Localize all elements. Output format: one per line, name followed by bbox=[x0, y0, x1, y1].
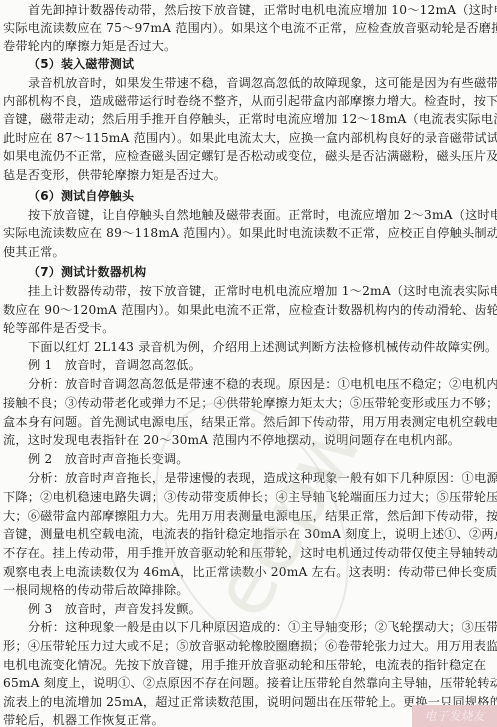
text-line: 分析：放音时声音拖长，是带速慢的表现，造成这种现象一般有如下几种原因：①电源电压 bbox=[28, 471, 494, 486]
text-line: 一根同规格的传动带后故障排除。 bbox=[3, 583, 494, 598]
text-line: 卷带轮内的摩擦力矩是否过大。 bbox=[3, 39, 494, 54]
text-line: 下面以红灯 2L143 录音机为例，介绍用上述测试判断方法检修机械传动件故障实例… bbox=[28, 340, 494, 355]
text-line: 65mA 刻度上，说明①、②点原因不存在问题。接着让压带轮自然靠向主导轴，压带轮… bbox=[3, 676, 494, 691]
text-line: 录音机放音时，如果发生带速不稳，音调忽高忽低的故障现象，这可能是因为有些磁带盒 bbox=[28, 76, 494, 91]
text-line: 如果电流仍不正常，应检查磁头固定螺钉是否松动或变位，磁头是否沾满磁粉，磁头压片及… bbox=[3, 149, 494, 164]
text-line: 分析：放音时音调忽高忽低是带速不稳的表现。原因是：①电机电压不稳定；②电机内部 bbox=[28, 377, 494, 392]
text-line: 挂上计数器传动带，按下放音键，正常时电机电流应增加 1～2mA（这时电流表实际电… bbox=[28, 284, 494, 299]
text-line: 音键，磁带走动；然后用手推开自停触头，正常时电流应增加 12～18mA（电流表实… bbox=[3, 112, 494, 127]
text-line: 实际电流读数应在 75～97mA 范围内）。如果这个电流不正常，应检查放音驱动轮… bbox=[3, 21, 494, 36]
text-line: 实际电流读数应在 89～118mA 范围内）。如果此时电流读数不正常，应校正自停… bbox=[3, 226, 494, 241]
text-line: 下降；②电机稳速电路失调；③传动带变质伸长；④主导轴飞轮端面压力过大；⑤压带轮压… bbox=[3, 490, 494, 505]
text-line: 此时应在 87～115mA 范围内）。如果此电流太大，应换一盒内部机构良好的录音… bbox=[3, 131, 494, 146]
text-line: 内部机构不良，造成磁带运行时卷绕不整齐，从而引起带盒内部摩擦力增大。检查时，按下… bbox=[3, 94, 494, 109]
text-line: 音键，测量电机空载电流，电流表的指针稳定地指示在 30mA 刻度上，说明上述①、… bbox=[3, 527, 494, 542]
text-line: 分析：这种现象一般是由以下几种原因造成的：①主导轴变形；②飞轮摆动大；③压带轮变 bbox=[28, 620, 494, 635]
section-heading: （7）测试计数器机构 bbox=[28, 265, 494, 280]
text-line: 盒本身有问题。首先测试电源电压，结果正常。然后卸下传动带，用万用表测定电机空载电 bbox=[3, 415, 494, 430]
text-line: 不存在。挂上传动带，用手推开放音驱动轮和压带轮，这时电机通过传动带仅使主导轴转动… bbox=[3, 546, 494, 561]
section-heading: （6）测试自停触头 bbox=[28, 189, 494, 204]
text-line: 使其正常。 bbox=[3, 245, 494, 260]
text-line: 首先卸掉计数器传动带，然后按下放音键，正常时电机电流应增加 10～12mA（这时… bbox=[28, 3, 494, 18]
corner-logo: 电子发烧友 bbox=[412, 705, 497, 727]
text-line: 按下放音键，让自停触头自然地触及磁带表面。正常时，电流应增加 2～3mA（这时电… bbox=[28, 208, 494, 223]
text-line: 毡是否变形，供带轮摩擦力矩是否过大。 bbox=[3, 168, 494, 183]
text-line: 例 1 放音时，音调忽高忽低。 bbox=[28, 358, 494, 373]
text-line: 例 2 放音时声音拖长变调。 bbox=[28, 452, 494, 467]
text-line: 接触不良；③传动带老化或弹力不足；④供带轮摩擦力矩太大；⑤压带轮变形或压力不够；… bbox=[3, 396, 494, 411]
text-line: 例 3 放音时，声音发抖发颤。 bbox=[28, 602, 494, 617]
section-heading: （5）装入磁带测试 bbox=[28, 57, 494, 72]
text-line: 数应在 90～120mA 范围内）。如果此电流不正常，应检查计数器机构内的传动滑… bbox=[3, 303, 494, 318]
text-line: 电机电流变化情况。先按下放音键，用手推开放音驱动轮和压带轮，电流表的指针稳定在 bbox=[3, 658, 494, 673]
text-line: 流，这时发现电表指针在 20～30mA 范围内不停地摆动，说明问题存在电机内部。 bbox=[3, 433, 494, 448]
text-line: 形；④压带轮压力过大或不足；⑤放音驱动轮橡胶圈磨损；⑥卷带轮张力过大。用万用表监… bbox=[3, 639, 494, 654]
text-line: 大；⑥磁带盒内部摩擦阻力大。先用万用表测量电源电压，结果正常，然后卸下传动带，按… bbox=[3, 509, 494, 524]
text-line: 轮等部件是否受卡。 bbox=[3, 321, 494, 336]
text-line: 观察电表上电流读数仅为 46mA，比正常读数小 20mA 左右。这表明：传动带已… bbox=[3, 565, 494, 580]
